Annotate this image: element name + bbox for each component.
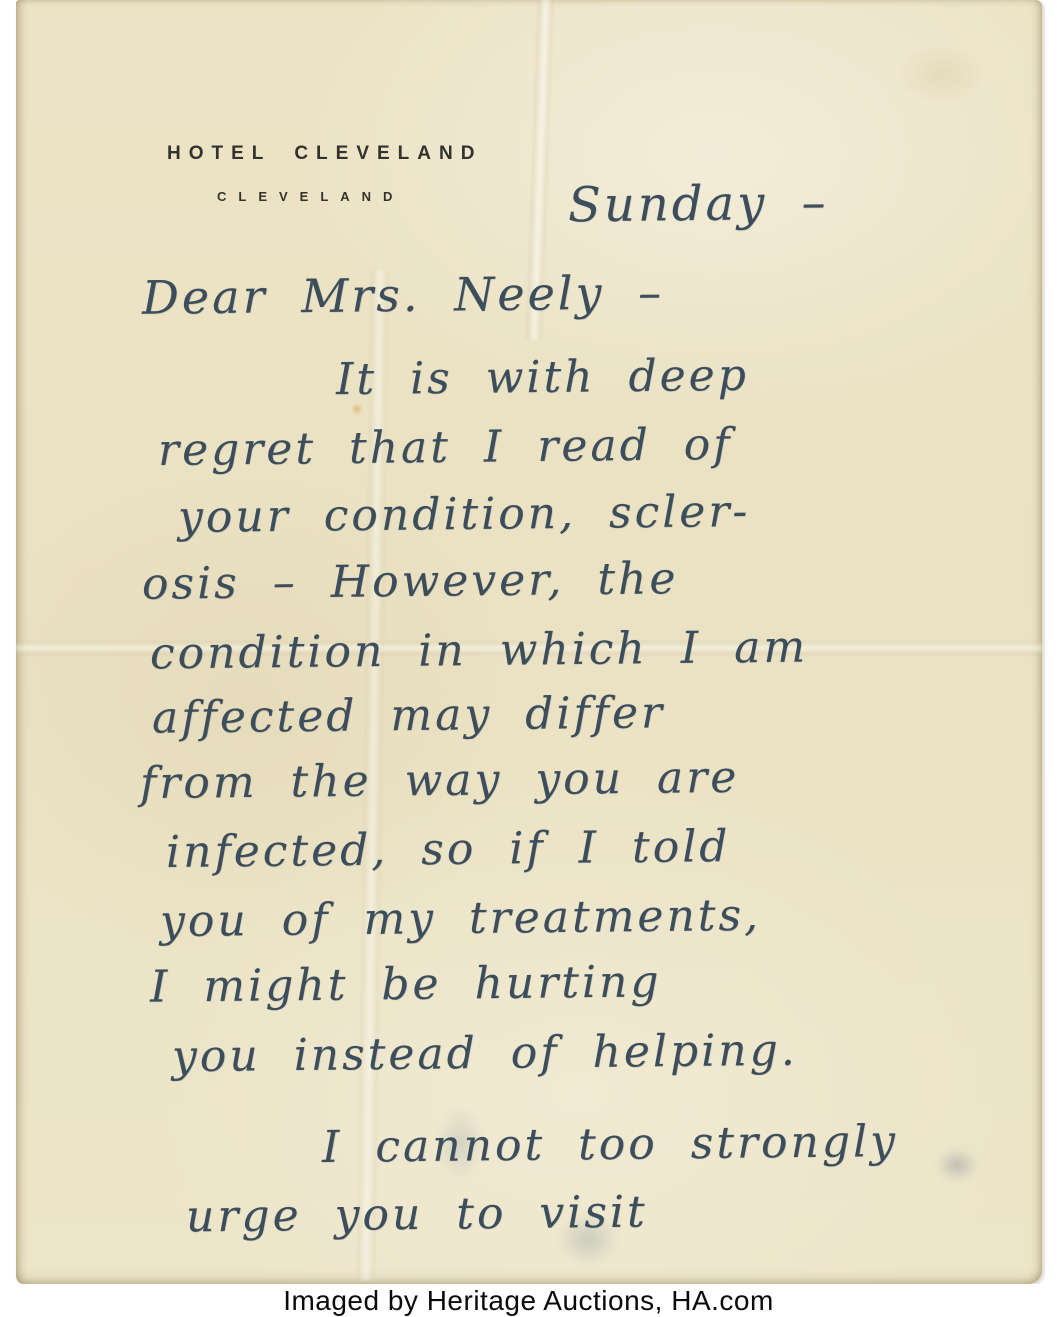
- salutation-line: Dear Mrs. Neely –: [142, 265, 665, 324]
- handwritten-line: I cannot too strongly: [322, 1116, 898, 1173]
- ink-smudge-right: [936, 1148, 978, 1182]
- caption-band: Imaged by Heritage Auctions, HA.com: [0, 1284, 1057, 1317]
- handwritten-line: infected, so if I told: [166, 821, 731, 878]
- letterhead-city: CLEVELAND: [217, 189, 404, 204]
- letterhead-hotel-name: HOTEL CLEVELAND: [167, 143, 482, 165]
- handwritten-line: It is with deep: [336, 350, 749, 405]
- paper-stain-large: [896, 44, 986, 104]
- handwritten-line: regret that I read of: [158, 419, 733, 476]
- handwritten-line: urge you to visit: [186, 1187, 648, 1243]
- handwritten-line: you of my treatments,: [160, 890, 762, 947]
- paper-stain-small: [352, 404, 362, 414]
- date-line: Sunday –: [568, 175, 829, 234]
- handwritten-line: your condition, scler-: [178, 486, 751, 543]
- caption-text: Imaged by Heritage Auctions, HA.com: [283, 1285, 774, 1317]
- handwritten-line: you instead of helping.: [172, 1025, 798, 1083]
- handwritten-line: from the way you are: [140, 752, 740, 809]
- handwritten-line: affected may differ: [152, 687, 666, 743]
- handwritten-line: condition in which I am: [150, 622, 809, 680]
- handwritten-line: I might be hurting: [150, 956, 662, 1012]
- letter-scan: HOTEL CLEVELAND CLEVELAND Sunday – Dear …: [0, 0, 1057, 1317]
- handwritten-line: osis – However, the: [142, 553, 679, 610]
- letter-sheet: HOTEL CLEVELAND CLEVELAND Sunday – Dear …: [16, 0, 1042, 1284]
